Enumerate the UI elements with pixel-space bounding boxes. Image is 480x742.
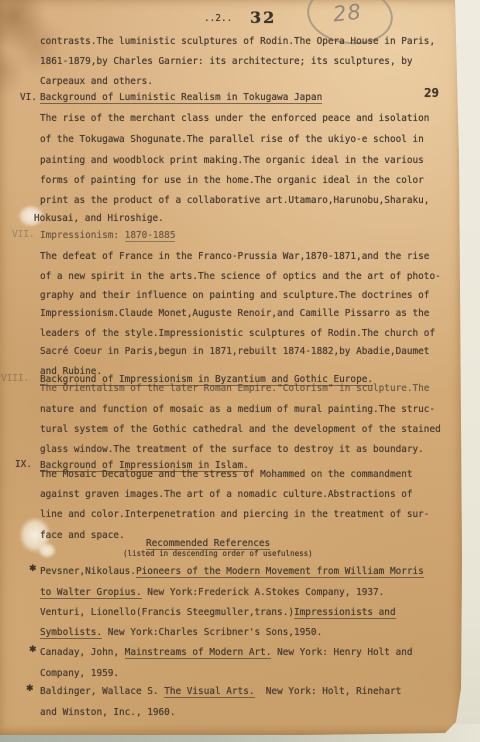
reference-entry: Venturi, Lionello(Francis Steegmuller,tr… — [40, 607, 396, 618]
typed-line: Impressionism.Claude Monet,Auguste Renoi… — [40, 308, 429, 319]
reference-entry: Symbolists. New York:Charles Scribner's … — [40, 627, 322, 638]
typed-line: contrasts.The luministic sculptures of R… — [40, 36, 435, 47]
typed-line: Sacré Coeur in Paris,begun in 1871,rebui… — [40, 346, 429, 357]
typed-line: The defeat of France in the Franco-Pruss… — [40, 251, 429, 262]
typed-line: graphy and their influence on painting a… — [40, 290, 429, 301]
reference-entry: Baldinger, Wallace S. The Visual Arts. N… — [40, 686, 401, 697]
typed-line: nature and function of mosaic as a mediu… — [40, 404, 435, 415]
typed-page-number: ..2.. — [204, 13, 232, 24]
circled-page-number: 28 — [332, 0, 363, 26]
typed-line: Hokusai, and Hiroshige. — [34, 213, 164, 224]
asterisk-mark: ✱ — [26, 684, 34, 695]
typed-line: The Orientalism of the later Roman Empir… — [40, 383, 429, 394]
section-numeral-vii: VII. — [12, 229, 35, 240]
section-heading-vii: Impressionism: 1870-1885 — [40, 230, 175, 241]
paper: ..2.. 32 28 29 contrasts.The luministic … — [0, 0, 463, 735]
typed-line: print as the product of a collaborative … — [40, 195, 429, 206]
typed-line: The Mosaic Decalogue and the stress of M… — [40, 469, 413, 480]
reference-entry: and Winston, Inc., 1960. — [40, 707, 175, 718]
reference-entry: to Walter Gropius. New York:Frederick A.… — [40, 587, 384, 598]
asterisk-mark: ✱ — [29, 645, 37, 656]
reference-entry: Pevsner,Nikolaus.Pioneers of the Modern … — [40, 566, 424, 577]
stamped-page-number: 32 — [250, 8, 276, 27]
typed-line: leaders of the style.Impressionistic scu… — [40, 328, 435, 339]
typed-line: of the Tokugawa Shogunate.The parallel r… — [40, 134, 424, 145]
references-subheading: (listed in descending order of usefulnes… — [123, 548, 313, 559]
section-numeral-ix: IX. — [15, 459, 32, 470]
typed-line: face and space. — [40, 530, 125, 541]
typed-line: Carpeaux and others. — [40, 76, 153, 87]
asterisk-mark: ✱ — [29, 564, 37, 575]
section-numeral-viii: VIII. — [1, 373, 29, 384]
section-page-number: 29 — [424, 85, 439, 100]
typed-line: against graven images.The art of a nomad… — [40, 489, 413, 500]
typed-line: glass window.The treatment of the surfac… — [40, 444, 424, 455]
typed-line: forms of painting for use in the home.Th… — [40, 175, 424, 186]
section-numeral-vi: VI. — [20, 92, 37, 103]
typed-line: of a new spirit in the arts.The science … — [40, 271, 441, 282]
typed-line: line and color.Interpenetration and pier… — [40, 509, 429, 520]
typed-line: 1861-1879,by Charles Garnier: its archit… — [40, 56, 413, 67]
reference-entry: Company, 1959. — [40, 668, 119, 679]
typed-line: The rise of the merchant class under the… — [40, 113, 429, 124]
typed-line: painting and woodblock print making.The … — [40, 155, 424, 166]
reference-entry: Canaday, John, Mainstreams of Modern Art… — [40, 647, 413, 658]
typed-line: tural system of the Gothic cathedral and… — [40, 424, 441, 435]
correction-blob — [38, 543, 56, 558]
section-heading-vi: Background of Luministic Realism in Toku… — [40, 92, 322, 103]
